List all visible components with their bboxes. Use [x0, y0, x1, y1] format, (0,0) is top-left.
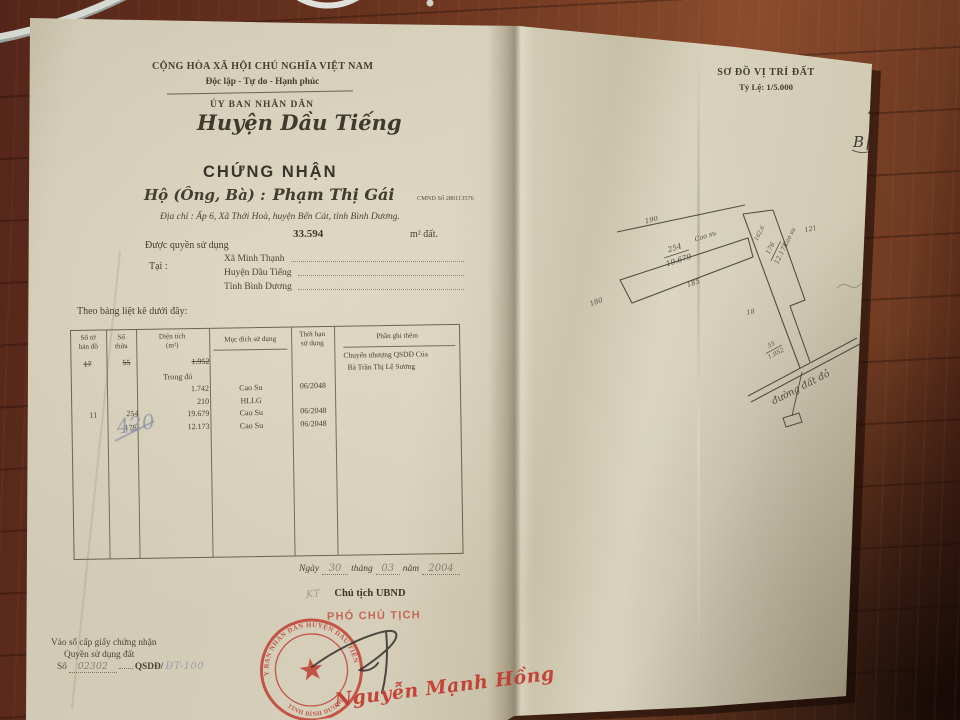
- date-word-month: tháng: [351, 564, 373, 574]
- location-commune-row: Xã Minh Thạnh: [224, 254, 464, 264]
- row5-term: 06/2048: [300, 419, 326, 428]
- registry-no-label: Số: [57, 662, 67, 672]
- map-title: SƠ ĐỒ VỊ TRÍ ĐẤT: [704, 67, 828, 78]
- handwritten-420: 420: [115, 409, 156, 439]
- row4-purpose: Cao Su: [240, 408, 263, 417]
- parcel-table: Số tờ bản đồ Số thửa Diện tích (m²) Mục …: [70, 324, 464, 560]
- row5-area: 12.173: [187, 422, 209, 431]
- road-label: đường đất đỏ: [770, 368, 832, 407]
- holder-line: Hộ (Ông, Bà) : Phạm Thị Gái: [144, 185, 394, 204]
- area-unit: m² đất.: [410, 229, 438, 240]
- table-intro: Theo bảng liệt kê dưới đây:: [77, 306, 187, 317]
- row4-map-sheet: 11: [89, 411, 97, 420]
- row4-area: 19.679: [187, 409, 209, 418]
- location-district: Huyện Dầu Tiếng: [224, 268, 292, 278]
- registry-code-handwritten: ĐT-100: [165, 661, 204, 672]
- chairman-title: Chủ tịch UBND: [329, 588, 411, 599]
- neck-width-label: 18: [746, 307, 756, 316]
- col-header-parcel-1: Số: [117, 333, 125, 341]
- row2-term: 06/2048: [300, 381, 326, 390]
- area-value: 33.594: [293, 228, 323, 240]
- col-header-purpose: Mục đích sử dụng: [224, 335, 276, 344]
- col-header-term-1: Thời hạn: [299, 330, 325, 338]
- certificate-document: CỘNG HÒA XÃ HỘI CHỦ NGHĨA VIỆT NAM Độc l…: [0, 0, 960, 720]
- row4-term: 06/2048: [300, 406, 326, 415]
- parcel-254-fraction: 254 19.679: [661, 239, 693, 268]
- date-year-handwritten: 2004: [422, 564, 460, 575]
- struck-map-sheet: 17: [83, 360, 91, 369]
- row2-area: 1.742: [191, 384, 209, 393]
- upper-boundary-line: [617, 205, 745, 232]
- issuer-label: ỦY BAN NHÂN DÂN: [180, 100, 344, 110]
- col-header-term-2: sử dụng: [301, 339, 324, 347]
- row2-purpose: Cao Su: [239, 383, 262, 392]
- registry-qsdd-label: QSDĐ/: [135, 662, 163, 672]
- photo-scene: CỘNG HÒA XÃ HỘI CHỦ NGHĨA VIỆT NAM Độc l…: [0, 0, 960, 720]
- dotted-leader: [298, 282, 464, 290]
- plot-diagram: 190 254 19.679 Cao su 185 180 162,6 176 …: [570, 190, 900, 452]
- row5-purpose: Cao Su: [240, 421, 263, 430]
- header-underline: [213, 349, 287, 351]
- issuer-name: Huyện Dầu Tiếng: [197, 110, 367, 135]
- struck-parcel: 55: [122, 358, 130, 367]
- small-structure-box: [783, 413, 802, 427]
- table-column-line: [136, 330, 141, 558]
- map-scale: Tỷ Lệ: 1/5.000: [704, 82, 828, 92]
- national-motto: Độc lập - Tự do - Hạnh phúc: [152, 77, 373, 87]
- location-province: Tỉnh Bình Dương: [224, 282, 292, 292]
- dotted-leader: [119, 668, 133, 669]
- location-district-row: Huyện Dầu Tiếng: [224, 268, 464, 278]
- col-header-area-1: Diện tích: [159, 332, 186, 340]
- grant-label: Được quyền sử dụng: [145, 240, 229, 251]
- north-label: B: [852, 133, 864, 151]
- registry-number-handwritten: 02302: [69, 662, 117, 673]
- motto-underline: [167, 90, 353, 94]
- parcel-176-top-cap: [743, 210, 773, 214]
- at-label: Tại :: [149, 261, 168, 272]
- dotted-leader: [298, 268, 464, 276]
- parcel-strip-254: [620, 238, 753, 303]
- table-column-line: [334, 327, 339, 555]
- kt-mark: KT: [306, 588, 321, 600]
- parcel-176-crop-label: Cao su: [782, 226, 797, 248]
- address-line: Địa chỉ : Ấp 6, Xã Thới Hoà, huyện Bến C…: [160, 212, 400, 222]
- parcel-176-width-label: 162,6: [754, 225, 767, 242]
- row3-area: 210: [197, 397, 209, 406]
- certificate-title: CHỨNG NHẬN: [203, 163, 323, 182]
- holder-id-number: CMND Số 280113576: [417, 195, 474, 202]
- struck-area: 1.952: [191, 357, 209, 366]
- date-month-handwritten: 03: [376, 564, 400, 575]
- table-column-line: [209, 329, 214, 557]
- location-province-row: Tỉnh Bình Dương: [224, 282, 464, 292]
- certificate-left-page: CỘNG HÒA XÃ HỘI CHỦ NGHĨA VIỆT NAM Độc l…: [0, 0, 520, 720]
- table-column-line: [291, 328, 296, 556]
- col-header-parcel-2: thửa: [115, 342, 128, 350]
- transfer-note-line2: Bà Trần Thị Lệ Sương: [348, 362, 416, 372]
- col-header-area-2: (m²): [166, 341, 179, 349]
- edge-label-right: 121: [804, 224, 818, 234]
- holder-name: Phạm Thị Gái: [273, 185, 395, 204]
- col-header-map-sheet-1: Số tờ: [80, 334, 95, 342]
- parcel-55-fraction: 55 1.952: [762, 338, 786, 361]
- transfer-note-line1: Chuyển nhượng QSDĐ Của: [343, 349, 428, 359]
- edge-label-bottom: 185: [686, 277, 702, 289]
- parcel-254-crop-label: Cao su: [694, 229, 718, 244]
- holder-label: Hộ (Ông, Bà) :: [144, 186, 266, 204]
- col-header-map-sheet-2: bản đồ: [79, 343, 98, 351]
- row3-purpose: HLLG: [240, 396, 261, 405]
- col-header-notes: Phần ghi thêm: [376, 332, 418, 341]
- registry-number-line: Số 02302 QSDĐ/ ĐT-100: [57, 661, 204, 673]
- date-line: Ngày 30 tháng 03 năm 2004: [299, 564, 460, 575]
- date-word-year: năm: [403, 564, 419, 574]
- header-underline: [343, 345, 455, 348]
- dotted-leader: [291, 254, 464, 262]
- location-commune: Xã Minh Thạnh: [224, 254, 285, 264]
- table-column-line: [106, 330, 111, 558]
- subtotal-label: Trong đó: [163, 372, 192, 381]
- date-day-handwritten: 30: [322, 564, 348, 575]
- registry-line2: Quyền sử dụng đất: [64, 650, 134, 660]
- registry-line1: Vào sổ cấp giấy chứng nhận: [51, 638, 156, 648]
- edge-label-left: 180: [589, 296, 605, 308]
- date-word-day: Ngày: [299, 564, 319, 574]
- national-header: CỘNG HÒA XÃ HỘI CHỦ NGHĨA VIỆT NAM: [152, 61, 373, 72]
